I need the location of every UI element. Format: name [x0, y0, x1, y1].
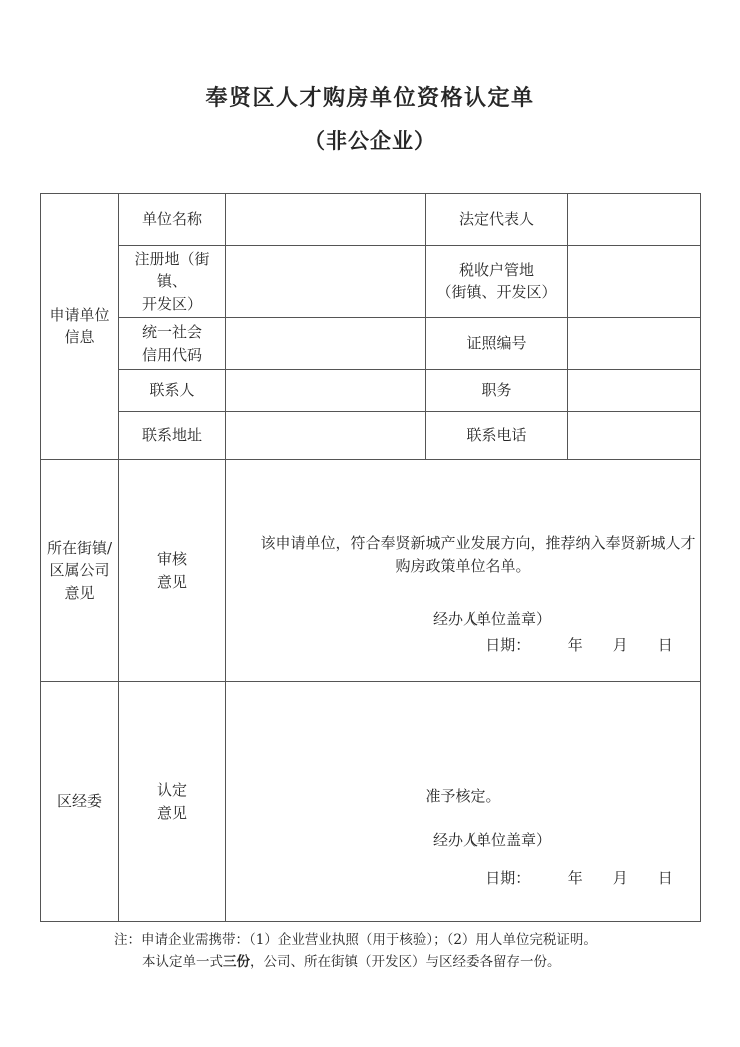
- note-line2-bold: 三份: [223, 954, 250, 970]
- note-line2-post: ，公司、所在街镇（开发区）与区经委各留存一份。: [250, 954, 561, 970]
- footer-notes: 注：申请企业需携带：（1）企业营业执照（用于核验）；（2）用人单位完税证明。 本…: [114, 929, 700, 974]
- tax-registration-place-label: 税收户管地 （街镇、开发区）: [426, 245, 568, 318]
- registered-address-label: 注册地（街镇、 开发区）: [119, 245, 226, 318]
- note-line2-pre: 本认定单一式: [142, 954, 223, 970]
- registered-address-field[interactable]: [226, 245, 426, 318]
- contact-phone-label: 联系电话: [426, 412, 568, 460]
- review-statement: 该申请单位，符合奉贤新城产业发展方向，推荐纳入奉贤新城人才购房政策单位名单。: [229, 532, 697, 579]
- review-content-cell[interactable]: 该申请单位，符合奉贤新城产业发展方向，推荐纳入奉贤新城人才购房政策单位名单。 经…: [226, 460, 701, 682]
- position-label: 职务: [426, 370, 568, 412]
- applicant-group-label: 申请单位 信息: [41, 193, 119, 460]
- note-prefix: 注：: [114, 932, 141, 948]
- license-number-field[interactable]: [568, 318, 701, 370]
- approval-stamp-label: （单位盖章）: [461, 829, 551, 852]
- table-row: 联系地址 联系电话: [41, 412, 701, 460]
- table-row: 统一社会 信用代码 证照编号: [41, 318, 701, 370]
- approval-statement: 准予核定。: [229, 785, 697, 808]
- contact-person-field[interactable]: [226, 370, 426, 412]
- review-stamp-label: （单位盖章）: [461, 608, 551, 631]
- note-line1-text: 申请企业需携带：（1）企业营业执照（用于核验）；（2）用人单位完税证明。: [141, 932, 597, 948]
- table-row: 注册地（街镇、 开发区） 税收户管地 （街镇、开发区）: [41, 245, 701, 318]
- approval-content: 准予核定。 经办人： （单位盖章） 日期： 年 月 日: [229, 785, 697, 889]
- approval-date-line: 日期： 年 月 日: [461, 867, 697, 890]
- approval-column-label: 认定 意见: [119, 682, 226, 922]
- qualification-form-table: 申请单位 信息 单位名称 法定代表人 注册地（街镇、 开发区） 税收户管地 （街…: [40, 193, 701, 923]
- position-field[interactable]: [568, 370, 701, 412]
- legal-representative-field[interactable]: [568, 193, 701, 245]
- review-group-label: 所在街镇/ 区属公司 意见: [41, 460, 119, 682]
- contact-address-field[interactable]: [226, 412, 426, 460]
- review-column-label: 审核 意见: [119, 460, 226, 682]
- unified-social-credit-code-field[interactable]: [226, 318, 426, 370]
- table-row: 申请单位 信息 单位名称 法定代表人: [41, 193, 701, 245]
- review-section-row: 所在街镇/ 区属公司 意见 审核 意见 该申请单位，符合奉贤新城产业发展方向，推…: [41, 460, 701, 682]
- contact-phone-field[interactable]: [568, 412, 701, 460]
- document-page: 奉贤区人才购房单位资格认定单 （非公企业） 申请单位 信息 单位名称 法定代表人…: [0, 0, 740, 1047]
- note-line-2: 本认定单一式三份，公司、所在街镇（开发区）与区经委各留存一份。: [142, 951, 700, 973]
- approval-group-label: 区经委: [41, 682, 119, 922]
- page-subtitle: （非公企业）: [40, 128, 700, 153]
- contact-person-label: 联系人: [119, 370, 226, 412]
- contact-address-label: 联系地址: [119, 412, 226, 460]
- approval-operator-line: 经办人： （单位盖章）: [229, 829, 697, 852]
- tax-registration-place-field[interactable]: [568, 245, 701, 318]
- table-row: 联系人 职务: [41, 370, 701, 412]
- review-content: 该申请单位，符合奉贤新城产业发展方向，推荐纳入奉贤新城人才购房政策单位名单。 经…: [229, 532, 697, 657]
- unit-name-field[interactable]: [226, 193, 426, 245]
- license-number-label: 证照编号: [426, 318, 568, 370]
- review-operator-line: 经办人： （单位盖章）: [229, 608, 697, 631]
- review-date-line: 日期： 年 月 日: [461, 634, 697, 657]
- note-line-1: 注：申请企业需携带：（1）企业营业执照（用于核验）；（2）用人单位完税证明。: [114, 929, 700, 951]
- legal-representative-label: 法定代表人: [426, 193, 568, 245]
- unit-name-label: 单位名称: [119, 193, 226, 245]
- page-title: 奉贤区人才购房单位资格认定单: [40, 85, 700, 111]
- approval-section-row: 区经委 认定 意见 准予核定。 经办人： （单位盖章） 日期： 年 月 日: [41, 682, 701, 922]
- unified-social-credit-code-label: 统一社会 信用代码: [119, 318, 226, 370]
- approval-content-cell[interactable]: 准予核定。 经办人： （单位盖章） 日期： 年 月 日: [226, 682, 701, 922]
